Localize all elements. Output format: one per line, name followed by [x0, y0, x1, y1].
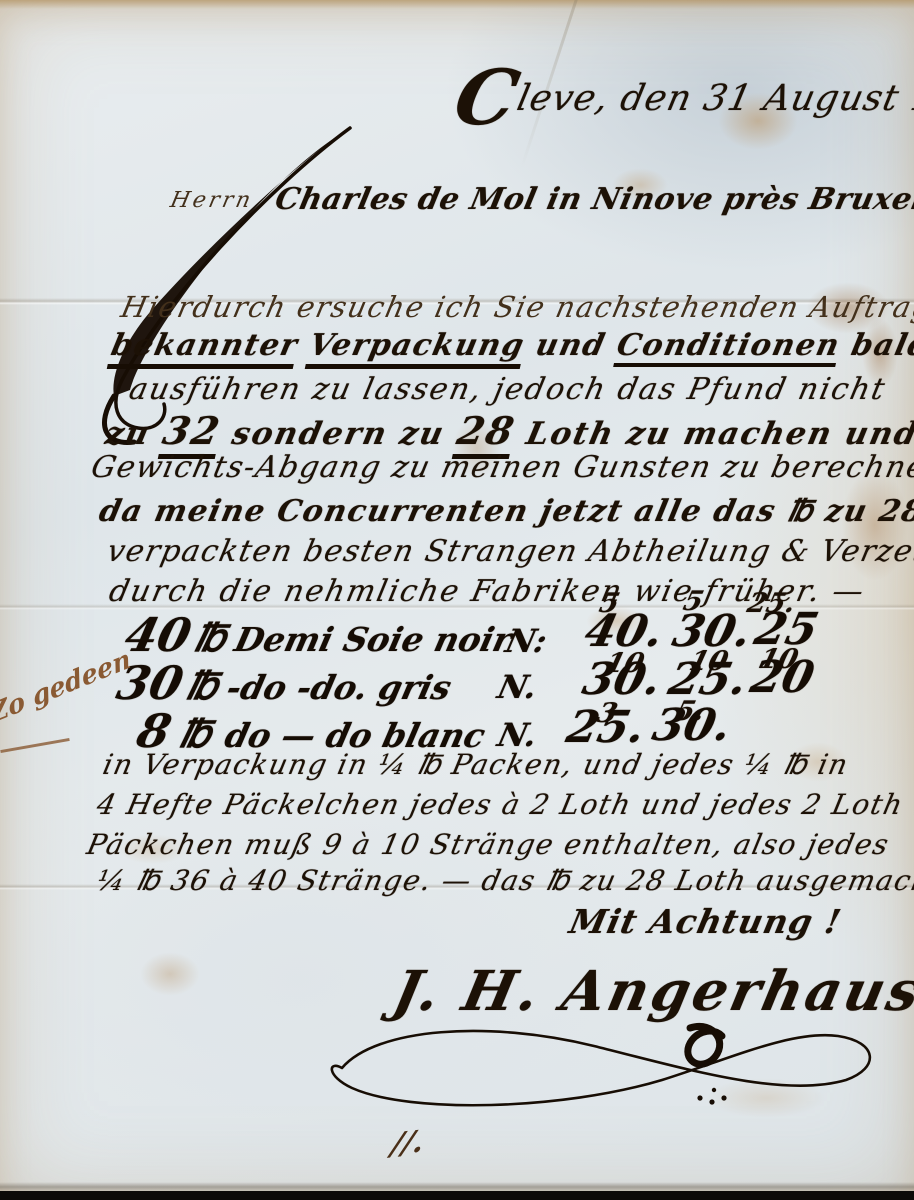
body-line-5: Gewichts-Abgang zu meinen Gunsten zu ber… — [88, 450, 914, 485]
margin-note-strike — [0, 738, 69, 753]
margin-note: Zo gedeen — [0, 644, 133, 730]
body-word: Loth zu machen und den — [523, 416, 914, 452]
order-row: 40 ℔ Demi Soie noir — [120, 608, 518, 662]
paper-fold-crease — [0, 1182, 914, 1191]
body2-line-1: in Verpackung in ¼ ℔ Packen, und jedes ¼… — [100, 748, 852, 781]
order-row: 30 ℔ -do -do. gris — [112, 656, 458, 710]
salutation-word: Herrn — [168, 188, 256, 213]
order-number: 30. — [648, 700, 736, 751]
order-no-label: N. — [494, 668, 541, 706]
dateline-initial: C — [447, 53, 527, 142]
paper-stain — [140, 952, 200, 996]
order-no-label: N: — [502, 622, 551, 660]
body2-line-2: 4 Hefte Päckelchen jedes à 2 Loth und je… — [94, 788, 907, 821]
address-line: Charles de Mol in Ninove près Bruxelles … — [272, 182, 914, 217]
body-word: und — [533, 328, 610, 363]
order-number: 25. — [562, 702, 650, 753]
underlined-word: bekannter — [107, 328, 302, 369]
order-qty: 40 — [120, 608, 196, 662]
body-line-2: bekannter Verpackung und Conditionen bal… — [108, 328, 914, 363]
bottom-tally-mark: //. — [388, 1124, 428, 1163]
body-line-7: verpackten besten Strangen Abtheilung & … — [104, 534, 914, 569]
order-number: 20 — [746, 652, 819, 703]
underlined-word: Verpackung — [305, 328, 528, 369]
body-word: sondern zu — [229, 416, 449, 452]
pound-symbol: ℔ — [182, 663, 223, 708]
dateline-text: leve, den 31 August 1854 — [514, 78, 914, 119]
order-number: 30. — [578, 654, 666, 705]
body-word: zu — [102, 416, 154, 452]
body-line-4: zu 32 sondern zu 28 Loth zu machen und d… — [102, 408, 914, 453]
closing-line: Mit Achtung ! — [566, 902, 845, 941]
dateline: Cleve, den 31 August 1854 — [452, 78, 914, 119]
scan-top-edge — [0, 0, 914, 9]
order-desc: Demi Soie noir — [231, 620, 515, 659]
letter-page: Cleve, den 31 August 1854 Herrn Charles … — [0, 0, 914, 1200]
signature-flourish — [318, 1006, 884, 1116]
body-line-1: Hierdurch ersuche ich Sie nachstehenden … — [118, 290, 914, 324]
underlined-word: Conditionen — [613, 328, 844, 367]
body2-line-3: Päckchen muß 9 à 10 Stränge enthalten, a… — [84, 828, 893, 861]
body-line-6: da meine Concurrenten jetzt alle das ℔ z… — [96, 494, 914, 529]
body-word: baldigst — [848, 328, 914, 363]
order-desc: -do -do. gris — [223, 668, 455, 707]
body-line-3: ausführen zu lassen, jedoch das Pfund ni… — [126, 372, 890, 407]
order-number: 25. — [664, 654, 752, 705]
scan-bottom-edge — [0, 1191, 914, 1200]
body2-line-4: ¼ ℔ 36 à 40 Stränge. — das ℔ zu 28 Loth … — [94, 864, 914, 897]
pound-symbol: ℔ — [190, 615, 231, 660]
